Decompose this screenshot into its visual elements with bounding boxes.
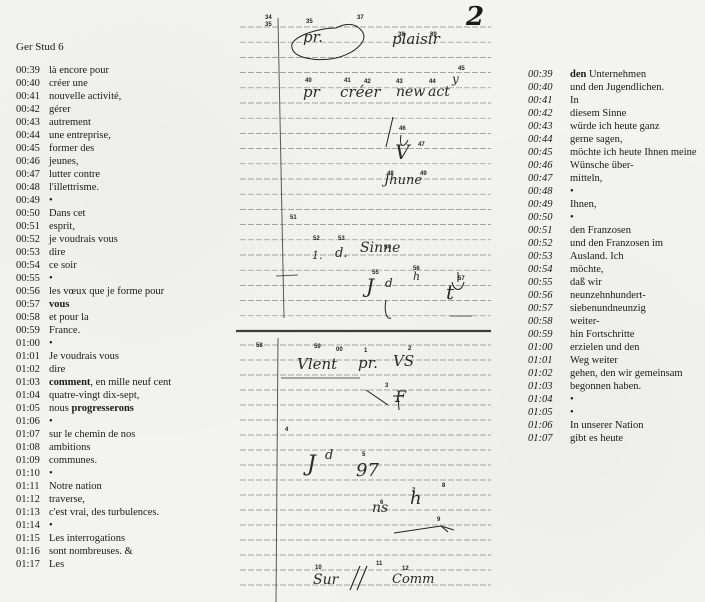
- timestamp: 01:00: [16, 337, 49, 350]
- transcript-text: und den Jugendlichen.: [570, 81, 664, 94]
- timestamp: 01:11: [16, 480, 49, 493]
- transcript-text: Les interrogations: [49, 532, 125, 545]
- transcript-row: 00:53Ausland. Ich: [528, 250, 697, 263]
- transcript-row: 01:00erzielen und den: [528, 341, 697, 354]
- timestamp: 01:15: [16, 532, 49, 545]
- note-timestamp-number: 45: [458, 66, 465, 72]
- document-title: Ger Stud 6: [16, 41, 64, 53]
- timestamp: 00:43: [16, 116, 49, 129]
- transcript-row: 00:48l'illettrisme.: [16, 181, 171, 194]
- handwritten-note: h: [413, 270, 420, 283]
- transcript-row: 00:52und den Franzosen im: [528, 237, 697, 250]
- timestamp: 00:44: [16, 129, 49, 142]
- note-timestamp-number: 8: [442, 483, 445, 489]
- timestamp: 01:06: [528, 419, 570, 432]
- transcript-row: 01:09communes.: [16, 454, 171, 467]
- timestamp: 01:01: [16, 350, 49, 363]
- handwritten-note: V: [395, 140, 409, 164]
- note-timestamp-number: 52: [313, 236, 320, 242]
- note-timestamp-number: 51: [290, 215, 297, 221]
- transcript-row: 00:58weiter-: [528, 315, 697, 328]
- transcript-row: 01:07gibt es heute: [528, 432, 697, 445]
- transcript-text: •: [49, 519, 53, 532]
- transcript-text: siebenundneunzig: [570, 302, 646, 315]
- scanned-page: Ger Stud 6 00:39là encore pour00:40créer…: [0, 0, 705, 602]
- note-timestamp-number: 00: [336, 347, 343, 353]
- note-timestamp-number: 47: [418, 142, 425, 148]
- transcript-row: 00:56neunzehnhundert-: [528, 289, 697, 302]
- transcript-text: gérer: [49, 103, 71, 116]
- transcript-text: weiter-: [570, 315, 600, 328]
- transcript-text: ambitions: [49, 441, 90, 454]
- transcript-row: 00:57vous: [16, 298, 171, 311]
- transcript-text: esprit,: [49, 220, 75, 233]
- transcript-row: 01:03comment, en mille neuf cent: [16, 376, 171, 389]
- transcript-row: 00:50Dans cet: [16, 207, 171, 220]
- transcript-row: 01:15Les interrogations: [16, 532, 171, 545]
- transcript-row: 01:05•: [528, 406, 697, 419]
- transcript-text: Notre nation: [49, 480, 102, 493]
- transcript-text: neunzehnhundert-: [570, 289, 646, 302]
- transcript-text: •: [570, 211, 574, 224]
- transcript-text: traverse,: [49, 493, 85, 506]
- transcript-text: Dans cet: [49, 207, 85, 220]
- handwritten-note: d.: [335, 246, 347, 261]
- transcript-row: 01:00•: [16, 337, 171, 350]
- transcript-row: 01:12traverse,: [16, 493, 171, 506]
- timestamp: 00:50: [528, 211, 570, 224]
- timestamp: 01:07: [16, 428, 49, 441]
- timestamp: 00:40: [16, 77, 49, 90]
- transcript-text: autrement: [49, 116, 91, 129]
- handwritten-note: plaisir: [392, 30, 440, 48]
- transcript-row: 01:01Je voudrais vous: [16, 350, 171, 363]
- timestamp: 00:45: [528, 146, 570, 159]
- transcript-row: 00:58et pour la: [16, 311, 171, 324]
- note-timestamp-number: 59: [314, 344, 321, 350]
- transcript-row: 00:43würde ich heute ganz: [528, 120, 697, 133]
- note-timestamp-number: 57: [458, 276, 465, 282]
- transcript-row: 00:55•: [16, 272, 171, 285]
- transcript-text: dire: [49, 246, 65, 259]
- timestamp: 01:02: [16, 363, 49, 376]
- timestamp: 01:04: [528, 393, 570, 406]
- page-number: 2: [466, 2, 484, 32]
- handwritten-note: d: [385, 276, 393, 290]
- transcript-text: sur le chemin de nos: [49, 428, 135, 441]
- transcript-text: mitteln,: [570, 172, 602, 185]
- transcript-row: 01:16sont nombreuses. &: [16, 545, 171, 558]
- transcript-text: In: [570, 94, 579, 107]
- timestamp: 01:09: [16, 454, 49, 467]
- german-transcript: 00:39den Unternehmen00:40und den Jugendl…: [528, 68, 697, 445]
- note-timestamp-number: 35: [265, 22, 272, 28]
- timestamp: 01:13: [16, 506, 49, 519]
- handwritten-note: 97: [356, 460, 379, 481]
- transcript-text: •: [49, 337, 53, 350]
- timestamp: 00:41: [528, 94, 570, 107]
- timestamp: 01:02: [528, 367, 570, 380]
- transcript-text: là encore pour: [49, 64, 109, 77]
- transcript-text: c'est vrai, des turbulences.: [49, 506, 159, 519]
- transcript-row: 00:57siebenundneunzig: [528, 302, 697, 315]
- timestamp: 00:54: [16, 259, 49, 272]
- timestamp: 00:52: [528, 237, 570, 250]
- handwritten-note: Vlent: [297, 355, 337, 373]
- transcript-row: 00:48•: [528, 185, 697, 198]
- handwritten-note: pr.: [358, 354, 378, 372]
- handwritten-note: J: [307, 452, 316, 477]
- timestamp: 00:57: [16, 298, 49, 311]
- transcript-text: Ihnen,: [570, 198, 597, 211]
- timestamp: 01:03: [16, 376, 49, 389]
- transcript-text: France.: [49, 324, 80, 337]
- transcript-text: lutter contre: [49, 168, 100, 181]
- transcript-text: •: [49, 467, 53, 480]
- timestamp: 00:42: [528, 107, 570, 120]
- transcript-row: 00:39là encore pour: [16, 64, 171, 77]
- timestamp: 00:58: [16, 311, 49, 324]
- timestamp: 00:48: [16, 181, 49, 194]
- timestamp: 01:05: [528, 406, 570, 419]
- transcript-text: et pour la: [49, 311, 89, 324]
- transcript-text: nous progresserons: [49, 402, 134, 415]
- transcript-row: 01:17Les: [16, 558, 171, 571]
- transcript-row: 01:08ambitions: [16, 441, 171, 454]
- note-timestamp-number: 10: [315, 565, 322, 571]
- handwritten-note: pr.: [303, 28, 323, 46]
- handwritten-note: F: [395, 387, 406, 406]
- transcript-text: möchte ich heute Ihnen meine: [570, 146, 697, 159]
- timestamp: 00:42: [16, 103, 49, 116]
- timestamp: 01:16: [16, 545, 49, 558]
- transcript-text: dire: [49, 363, 65, 376]
- handwritten-note: h: [410, 488, 422, 509]
- timestamp: 01:12: [16, 493, 49, 506]
- timestamp: 00:45: [16, 142, 49, 155]
- transcript-row: 00:56les vœux que je forme pour: [16, 285, 171, 298]
- transcript-row: 01:04•: [528, 393, 697, 406]
- handwritten-note: pr: [303, 83, 320, 101]
- transcript-text: den Unternehmen: [570, 68, 646, 81]
- handwritten-note: créer: [340, 83, 381, 101]
- timestamp: 00:46: [16, 155, 49, 168]
- handwritten-note: new: [396, 84, 425, 100]
- timestamp: 00:39: [528, 68, 570, 81]
- timestamp: 00:48: [528, 185, 570, 198]
- timestamp: 00:57: [528, 302, 570, 315]
- transcript-text: gibt es heute: [570, 432, 623, 445]
- timestamp: 01:14: [16, 519, 49, 532]
- handwritten-note: Jhune: [384, 173, 422, 188]
- transcript-row: 00:55daß wir: [528, 276, 697, 289]
- transcript-row: 00:42gérer: [16, 103, 171, 116]
- transcript-text: gehen, den wir gemeinsam: [570, 367, 683, 380]
- transcript-row: 00:44une entreprise,: [16, 129, 171, 142]
- transcript-text: ce soir: [49, 259, 77, 272]
- transcript-text: jeunes,: [49, 155, 78, 168]
- transcript-row: 01:03begonnen haben.: [528, 380, 697, 393]
- timestamp: 00:58: [528, 315, 570, 328]
- transcript-text: würde ich heute ganz: [570, 120, 660, 133]
- transcript-text: erzielen und den: [570, 341, 639, 354]
- timestamp: 00:49: [528, 198, 570, 211]
- transcript-row: 00:59hin Fortschritte: [528, 328, 697, 341]
- transcript-row: 01:06In unserer Nation: [528, 419, 697, 432]
- timestamp: 00:56: [528, 289, 570, 302]
- transcript-row: 00:41nouvelle activité,: [16, 90, 171, 103]
- transcript-text: gerne sagen,: [570, 133, 622, 146]
- handwritten-note: J: [366, 274, 374, 298]
- transcript-text: l'illettrisme.: [49, 181, 99, 194]
- note-timestamp-number: 34: [265, 15, 272, 21]
- transcript-row: 01:07sur le chemin de nos: [16, 428, 171, 441]
- transcript-row: 00:41In: [528, 94, 697, 107]
- timestamp: 00:52: [16, 233, 49, 246]
- handwritten-note: d: [325, 448, 333, 463]
- transcript-row: 01:05nous progresserons: [16, 402, 171, 415]
- note-timestamp-number: 58: [256, 343, 263, 349]
- note-timestamp-number: 4: [285, 427, 288, 433]
- timestamp: 00:59: [16, 324, 49, 337]
- transcript-text: nouvelle activité,: [49, 90, 121, 103]
- transcript-row: 00:49•: [16, 194, 171, 207]
- handwritten-note: ns: [372, 500, 388, 516]
- transcript-text: begonnen haben.: [570, 380, 641, 393]
- timestamp: 01:05: [16, 402, 49, 415]
- transcript-row: 01:11Notre nation: [16, 480, 171, 493]
- timestamp: 00:41: [16, 90, 49, 103]
- transcript-row: 00:39den Unternehmen: [528, 68, 697, 81]
- transcript-text: •: [570, 393, 574, 406]
- timestamp: 01:10: [16, 467, 49, 480]
- timestamp: 01:04: [16, 389, 49, 402]
- transcript-text: •: [570, 406, 574, 419]
- transcript-text: daß wir: [570, 276, 602, 289]
- timestamp: 00:40: [528, 81, 570, 94]
- timestamp: 00:56: [16, 285, 49, 298]
- transcript-row: 00:53dire: [16, 246, 171, 259]
- timestamp: 01:17: [16, 558, 49, 571]
- transcript-text: •: [570, 185, 574, 198]
- timestamp: 00:39: [16, 64, 49, 77]
- transcript-row: 01:10•: [16, 467, 171, 480]
- handwritten-note: t: [446, 280, 454, 304]
- timestamp: 00:49: [16, 194, 49, 207]
- transcript-text: •: [49, 194, 53, 207]
- transcript-text: une entreprise,: [49, 129, 111, 142]
- note-timestamp-number: 46: [399, 126, 406, 132]
- timestamp: 00:51: [16, 220, 49, 233]
- transcript-row: 00:51esprit,: [16, 220, 171, 233]
- timestamp: 01:01: [528, 354, 570, 367]
- transcript-text: Je voudrais vous: [49, 350, 119, 363]
- transcript-row: 00:47mitteln,: [528, 172, 697, 185]
- timestamp: 01:07: [528, 432, 570, 445]
- transcript-row: 00:54möchte,: [528, 263, 697, 276]
- transcript-row: 01:02dire: [16, 363, 171, 376]
- transcript-text: les vœux que je forme pour: [49, 285, 164, 298]
- transcript-text: quatre-vingt dix-sept,: [49, 389, 139, 402]
- timestamp: 00:50: [16, 207, 49, 220]
- transcript-text: créer une: [49, 77, 88, 90]
- transcript-row: 00:59France.: [16, 324, 171, 337]
- note-timestamp-number: 53: [338, 236, 345, 242]
- transcript-text: hin Fortschritte: [570, 328, 634, 341]
- transcript-row: 01:04quatre-vingt dix-sept,: [16, 389, 171, 402]
- transcript-text: Les: [49, 558, 64, 571]
- transcript-text: Weg weiter: [570, 354, 618, 367]
- transcript-text: diesem Sinne: [570, 107, 626, 120]
- transcript-row: 00:40und den Jugendlichen.: [528, 81, 697, 94]
- timestamp: 00:59: [528, 328, 570, 341]
- timestamp: 00:53: [16, 246, 49, 259]
- transcript-row: 00:42diesem Sinne: [528, 107, 697, 120]
- transcript-row: 00:46jeunes,: [16, 155, 171, 168]
- transcript-text: vous: [49, 298, 69, 311]
- transcript-row: 00:40créer une: [16, 77, 171, 90]
- timestamp: 00:55: [528, 276, 570, 289]
- timestamp: 01:06: [16, 415, 49, 428]
- transcript-text: sont nombreuses. &: [49, 545, 133, 558]
- timestamp: 00:47: [16, 168, 49, 181]
- transcript-row: 01:01Weg weiter: [528, 354, 697, 367]
- timestamp: 00:51: [528, 224, 570, 237]
- transcript-row: 00:52je voudrais vous: [16, 233, 171, 246]
- handwritten-note: act: [428, 84, 450, 100]
- timestamp: 00:46: [528, 159, 570, 172]
- timestamp: 00:55: [16, 272, 49, 285]
- handwritten-note: Comm: [392, 572, 434, 587]
- transcript-row: 00:50•: [528, 211, 697, 224]
- transcript-text: möchte,: [570, 263, 604, 276]
- transcript-text: Wünsche über-: [570, 159, 634, 172]
- transcript-text: •: [49, 272, 53, 285]
- transcript-row: 00:47lutter contre: [16, 168, 171, 181]
- handwritten-note: Sinne: [360, 240, 400, 256]
- transcript-row: 00:45former des: [16, 142, 171, 155]
- transcript-row: 00:49Ihnen,: [528, 198, 697, 211]
- timestamp: 01:08: [16, 441, 49, 454]
- handwritten-note: VS: [393, 352, 414, 370]
- transcript-text: je voudrais vous: [49, 233, 118, 246]
- transcript-text: former des: [49, 142, 94, 155]
- transcript-text: Ausland. Ich: [570, 250, 624, 263]
- timestamp: 00:44: [528, 133, 570, 146]
- note-timestamp-number: 3: [385, 383, 388, 389]
- transcript-text: In unserer Nation: [570, 419, 643, 432]
- transcript-row: 01:14•: [16, 519, 171, 532]
- timestamp: 01:03: [528, 380, 570, 393]
- note-timestamp-number: 35: [306, 19, 313, 25]
- timestamp: 00:47: [528, 172, 570, 185]
- note-timestamp-number: 37: [357, 15, 364, 21]
- french-transcript: 00:39là encore pour00:40créer une00:41no…: [16, 64, 171, 571]
- transcript-text: •: [49, 415, 53, 428]
- timestamp: 00:54: [528, 263, 570, 276]
- note-timestamp-number: 11: [376, 561, 382, 567]
- transcript-row: 01:02gehen, den wir gemeinsam: [528, 367, 697, 380]
- transcript-text: comment, en mille neuf cent: [49, 376, 171, 389]
- transcript-row: 01:13c'est vrai, des turbulences.: [16, 506, 171, 519]
- timestamp: 00:53: [528, 250, 570, 263]
- transcript-text: communes.: [49, 454, 97, 467]
- transcript-row: 00:54ce soir: [16, 259, 171, 272]
- transcript-text: und den Franzosen im: [570, 237, 663, 250]
- transcript-row: 00:43autrement: [16, 116, 171, 129]
- handwritten-note: 1.: [312, 249, 323, 262]
- transcript-row: 00:51den Franzosen: [528, 224, 697, 237]
- timestamp: 00:43: [528, 120, 570, 133]
- transcript-row: 01:06•: [16, 415, 171, 428]
- timestamp: 01:00: [528, 341, 570, 354]
- note-timestamp-number: 9: [437, 517, 440, 523]
- transcript-row: 00:46Wünsche über-: [528, 159, 697, 172]
- note-timestamp-number: 5: [362, 452, 365, 458]
- handwritten-note: y: [452, 72, 459, 86]
- transcript-row: 00:45möchte ich heute Ihnen meine: [528, 146, 697, 159]
- handwritten-note: Sur: [313, 572, 338, 588]
- transcript-text: den Franzosen: [570, 224, 631, 237]
- transcript-row: 00:44gerne sagen,: [528, 133, 697, 146]
